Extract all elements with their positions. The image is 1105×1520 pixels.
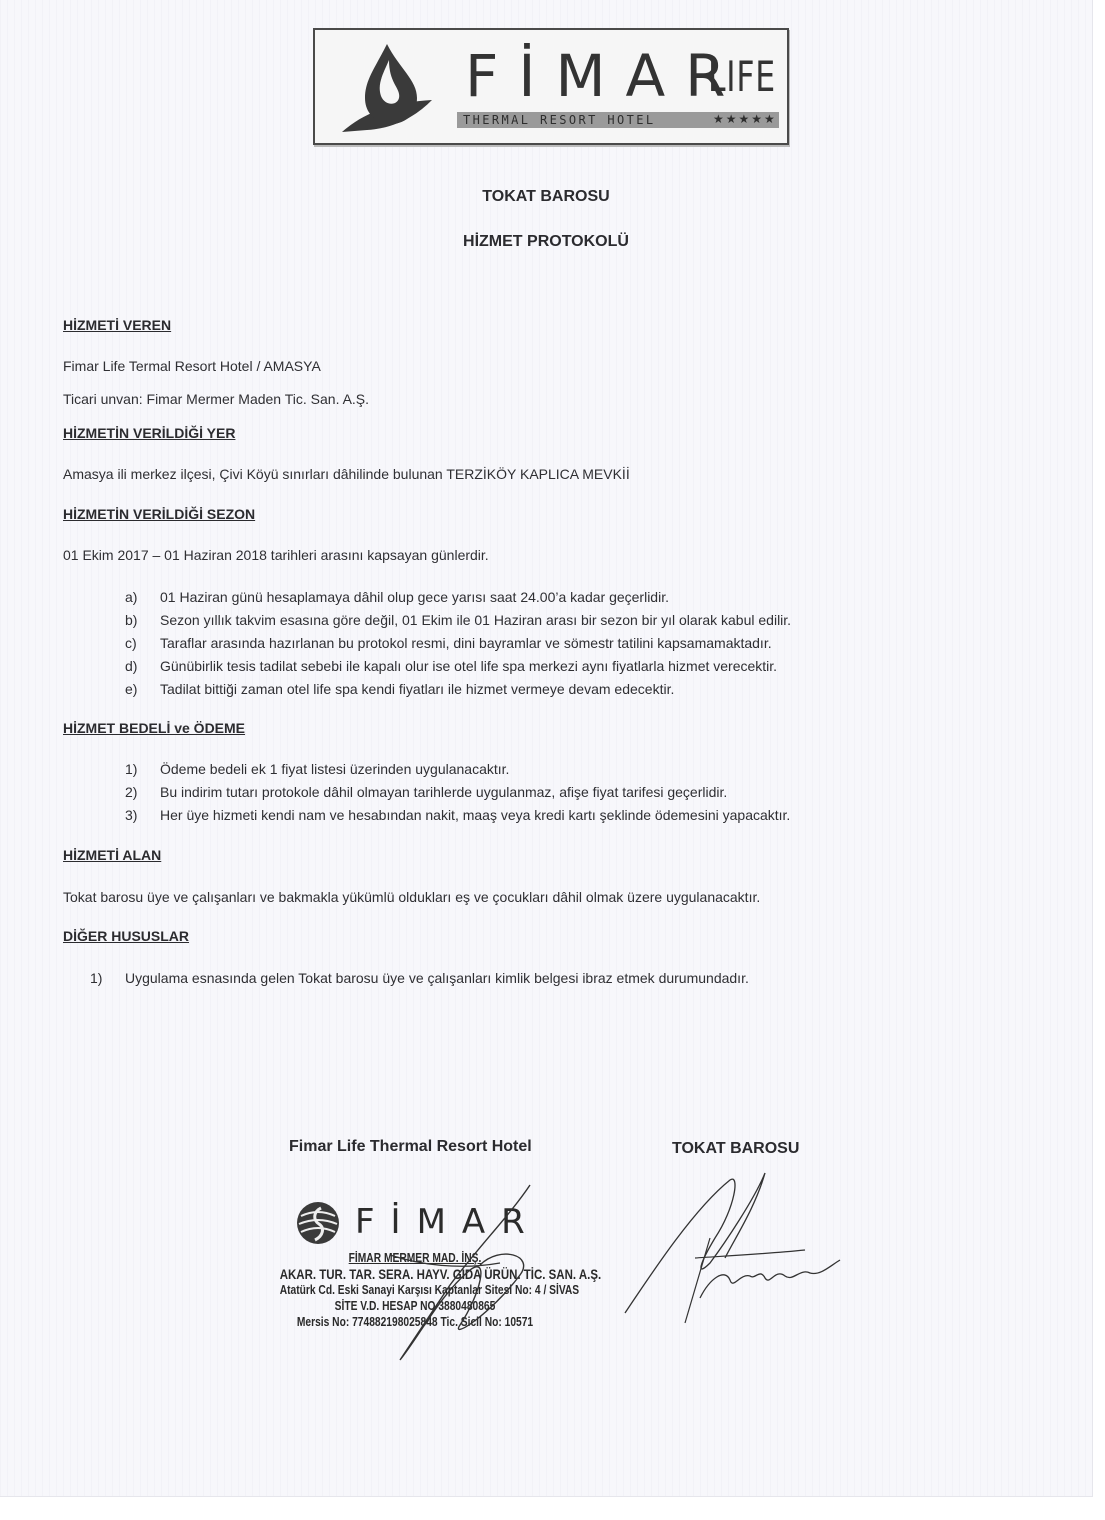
section-heading-season: HİZMETİN VERİLDİĞİ SEZON <box>63 506 255 522</box>
bar-signature <box>615 1168 845 1328</box>
list-item: d)Günübirlik tesis tadilat sebebi ile ka… <box>125 658 791 681</box>
document-title: HİZMET PROTOKOLÜ <box>0 233 1092 251</box>
star-rating-icon: ★★★★★ <box>713 111 777 127</box>
list-item: a)01 Haziran günü hesaplamaya dâhil olup… <box>125 589 791 612</box>
list-item: 3)Her üye hizmeti kendi nam ve hesabında… <box>125 807 790 830</box>
list-item: c)Taraflar arasında hazırlanan bu protok… <box>125 635 791 658</box>
payment-terms-list: 1)Ödeme bedeli ek 1 fiyat listesi üzerin… <box>125 761 790 830</box>
list-item: 2)Bu indirim tutarı protokole dâhil olma… <box>125 784 790 807</box>
bar-signature-label: TOKAT BAROSU <box>672 1140 799 1158</box>
location-text: Amasya ili merkez ilçesi, Çivi Köyü sını… <box>63 466 630 482</box>
provider-name: Fimar Life Termal Resort Hotel / AMASYA <box>63 358 321 374</box>
hotel-signature-label: Fimar Life Thermal Resort Hotel <box>289 1138 532 1156</box>
list-item: e)Tadilat bittiği zaman otel life spa ke… <box>125 681 791 704</box>
water-drop-leaf-icon <box>337 40 457 135</box>
section-heading-other: DİĞER HUSUSLAR <box>63 928 189 944</box>
section-heading-location: HİZMETİN VERİLDİĞİ YER <box>63 425 235 441</box>
logo-brand-text: FİMAR <box>465 46 746 106</box>
recipient-text: Tokat barosu üye ve çalışanları ve bakma… <box>63 889 760 905</box>
hotel-logo: FİMAR LIFE THERMAL RESORT HOTEL ★★★★★ <box>313 28 789 145</box>
hotel-signature <box>330 1175 560 1375</box>
list-item: b)Sezon yıllık takvim esasına göre değil… <box>125 612 791 635</box>
list-item: 1)Uygulama esnasında gelen Tokat barosu … <box>90 970 749 993</box>
season-text: 01 Ekim 2017 – 01 Haziran 2018 tarihleri… <box>63 547 489 563</box>
organization-title: TOKAT BAROSU <box>0 188 1092 206</box>
section-heading-payment: HİZMET BEDELİ ve ÖDEME <box>63 720 245 736</box>
logo-tagline: THERMAL RESORT HOTEL <box>463 112 656 128</box>
other-terms-list: 1)Uygulama esnasında gelen Tokat barosu … <box>90 970 749 993</box>
list-item: 1)Ödeme bedeli ek 1 fiyat listesi üzerin… <box>125 761 790 784</box>
logo-suffix-text: LIFE <box>708 52 776 102</box>
season-conditions-list: a)01 Haziran günü hesaplamaya dâhil olup… <box>125 589 791 704</box>
section-heading-provider: HİZMETİ VEREN <box>63 317 171 333</box>
provider-trade-name: Ticari unvan: Fimar Mermer Maden Tic. Sa… <box>63 391 369 407</box>
document-page: FİMAR LIFE THERMAL RESORT HOTEL ★★★★★ TO… <box>0 0 1093 1497</box>
section-heading-recipient: HİZMETİ ALAN <box>63 847 161 863</box>
